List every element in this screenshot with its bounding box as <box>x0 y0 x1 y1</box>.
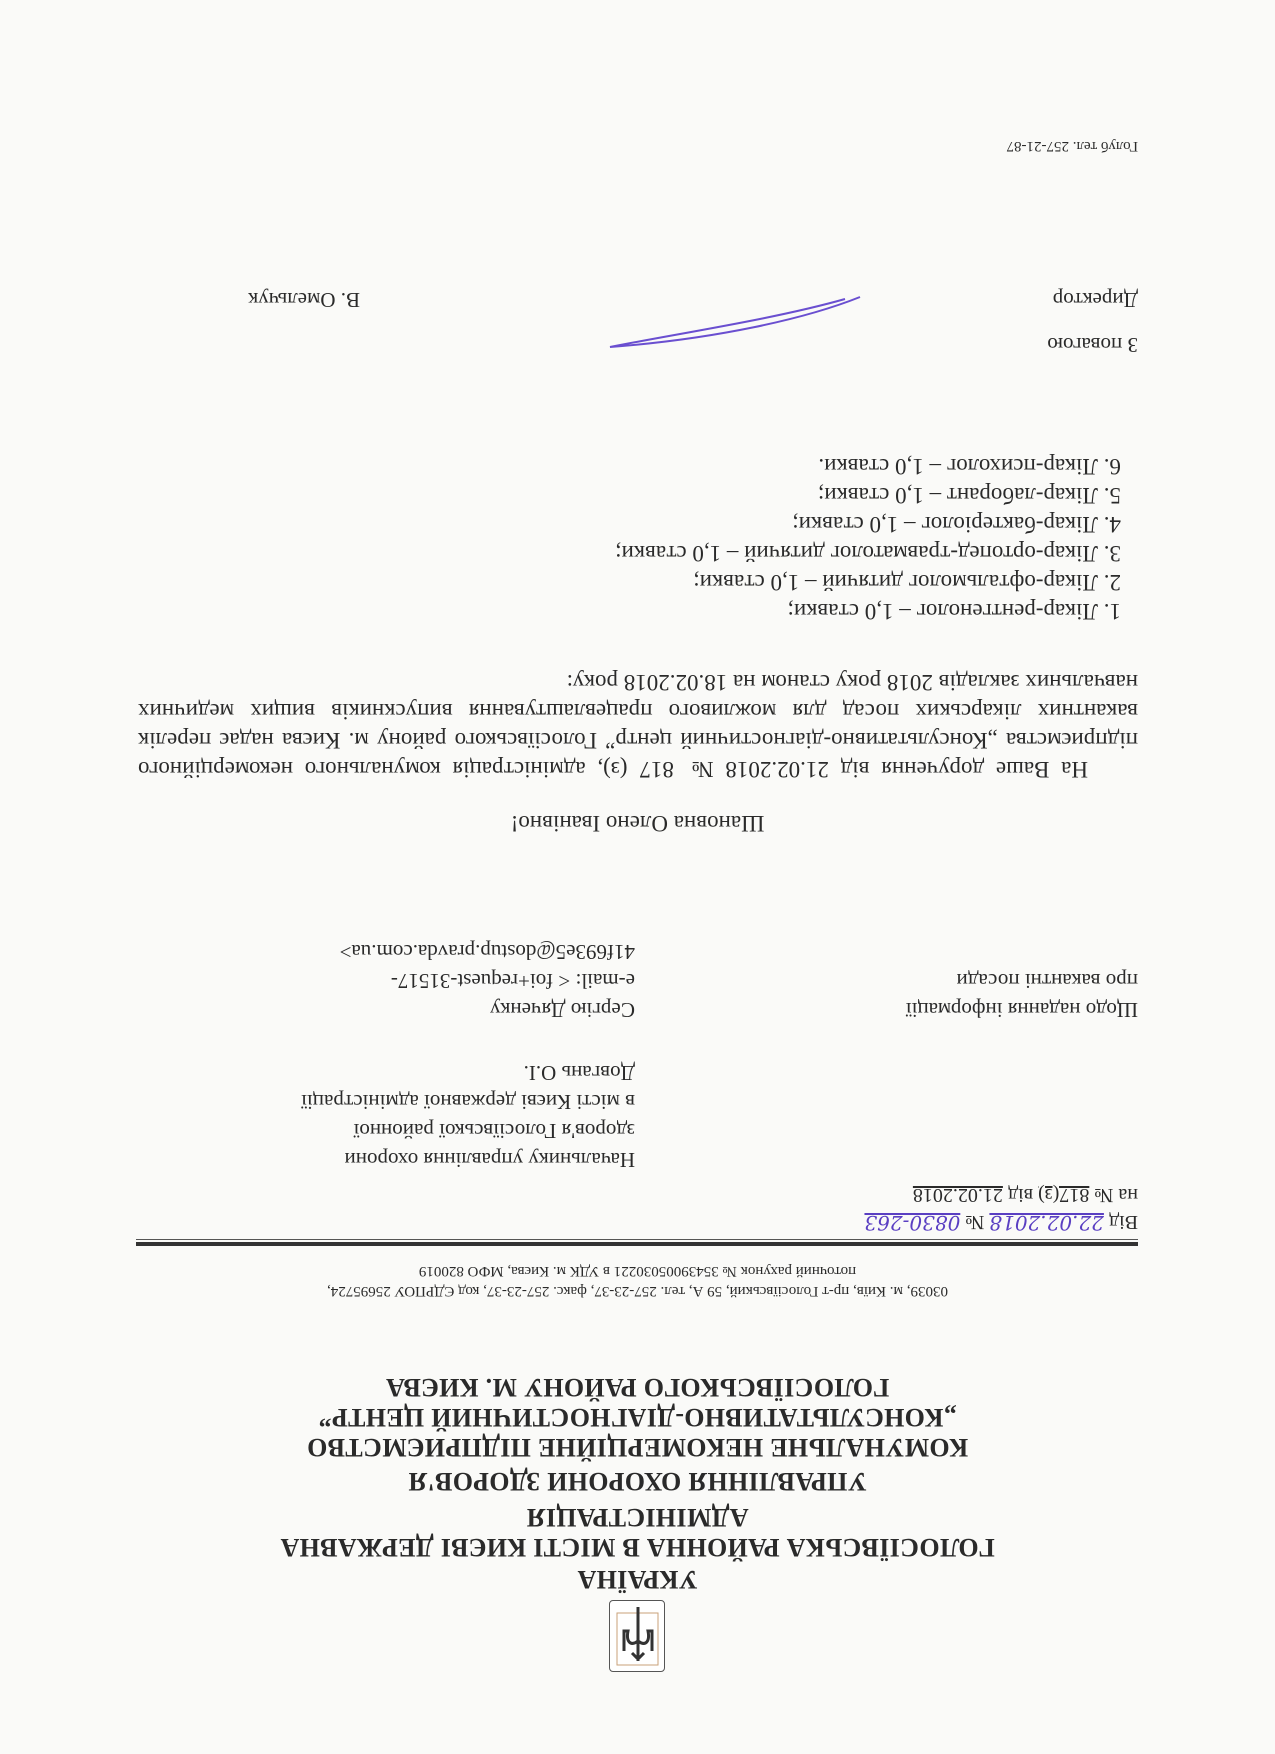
document-page: УКРАЇНА ГОЛОСІЇВСЬКА РАЙОННА В МІСТІ КИЄ… <box>0 0 1275 1754</box>
closing-regards: З повагою <box>1047 330 1138 359</box>
vacancy-item: Лікар-психолог – 1,0 ставки. <box>238 452 1098 481</box>
ref-number: 817(з) <box>1038 1184 1089 1206</box>
recipient-line: Довгань О.І. <box>301 1058 635 1087</box>
vacancy-list: Лікар-рентгенолог – 1,0 ставки; Лікар-оф… <box>238 452 1138 626</box>
address-line2: поточний рахунок № 35439005030221 в УДК … <box>0 1261 1275 1281</box>
recipient-primary: Начальнику управління охорони здоров'я Г… <box>301 1058 635 1174</box>
outgoing-date: 22.02.2018 <box>989 1211 1104 1235</box>
ref-label: на № <box>1094 1184 1138 1206</box>
subject: Щодо надання інформації про вакантні пос… <box>906 966 1138 1024</box>
vacancy-item: Лікар-ортопед-травматолог дитячий – 1,0 … <box>238 539 1098 568</box>
outgoing-registration: Від 22.02.2018 № 0830-263 <box>864 1209 1138 1236</box>
executor-contact: Голуб тел. 257-21-87 <box>1006 137 1138 154</box>
ref-date: 21.02.2018 <box>913 1184 1003 1206</box>
header-divider-thin <box>136 1239 1138 1240</box>
address-line1: 03039, м. Київ, пр-т Голосіївський, 59 А… <box>0 1281 1275 1301</box>
vacancy-item: Лікар-рентгенолог – 1,0 ставки; <box>238 597 1098 626</box>
recipient-email: 41f693e5@dostup.pravda.com.ua> <box>340 937 635 966</box>
reference-registration: на № 817(з) від 21.02.2018 <box>913 1182 1138 1208</box>
salutation: Шановна Олено Іванівно! <box>0 810 1275 836</box>
org-line1: КОМУНАЛЬНЕ НЕКОМЕРЦІЙНЕ ПІДПРИЄМСТВО <box>0 1432 1275 1462</box>
recipient-email: e-mail: < foi+request-31517- <box>340 966 635 995</box>
subject-line: Щодо надання інформації <box>906 995 1138 1024</box>
signature <box>605 284 865 359</box>
vacancy-item: Лікар-бактеріолог – 1,0 ставки; <box>238 510 1098 539</box>
signer-position: Директор <box>1053 285 1138 314</box>
org-line2: „КОНСУЛЬТАТИВНО-ДІАГНОСТИЧНИЙ ЦЕНТР” <box>0 1402 1275 1432</box>
country-name: УКРАЇНА <box>0 1564 1275 1594</box>
recipient-line: в місті Києві державної адміністрації <box>301 1087 635 1116</box>
ref-date-label: від <box>1008 1184 1033 1206</box>
recipient-line: здоров'я Голосіївської районної <box>301 1116 635 1145</box>
org-line3: ГОЛОСІЇВСЬКОГО РАЙОНУ м. КИЄВА <box>0 1372 1275 1402</box>
ukraine-trident-icon <box>609 1600 665 1672</box>
authority-line1: ГОЛОСІЇВСЬКА РАЙОННА В МІСТІ КИЄВІ ДЕРЖА… <box>0 1532 1275 1562</box>
number-label: № <box>965 1211 984 1233</box>
recipient-secondary: Сергію Дяченку e-mail: < foi+request-315… <box>340 937 635 1024</box>
department-name: УПРАВЛІННЯ ОХОРОНИ ЗДОРОВ'Я <box>0 1466 1275 1496</box>
recipient-line: Начальнику управління охорони <box>301 1145 635 1174</box>
from-label: Від <box>1109 1211 1138 1233</box>
signer-name: В. Омельчук <box>248 285 360 314</box>
body-paragraph: На Ваше доручення від 21.02.2018 № 817 (… <box>138 668 1138 784</box>
vacancy-item: Лікар-лаборант – 1,0 ставки; <box>238 481 1098 510</box>
header-divider <box>136 1242 1138 1246</box>
subject-line: про вакантні посади <box>906 966 1138 995</box>
outgoing-number: 0830-263 <box>864 1211 960 1235</box>
vacancy-item: Лікар-офтальмолог дитячий – 1,0 ставки; <box>238 568 1098 597</box>
recipient-line: Сергію Дяченку <box>340 995 635 1024</box>
authority-line2: АДМІНІСТРАЦІЯ <box>0 1502 1275 1532</box>
